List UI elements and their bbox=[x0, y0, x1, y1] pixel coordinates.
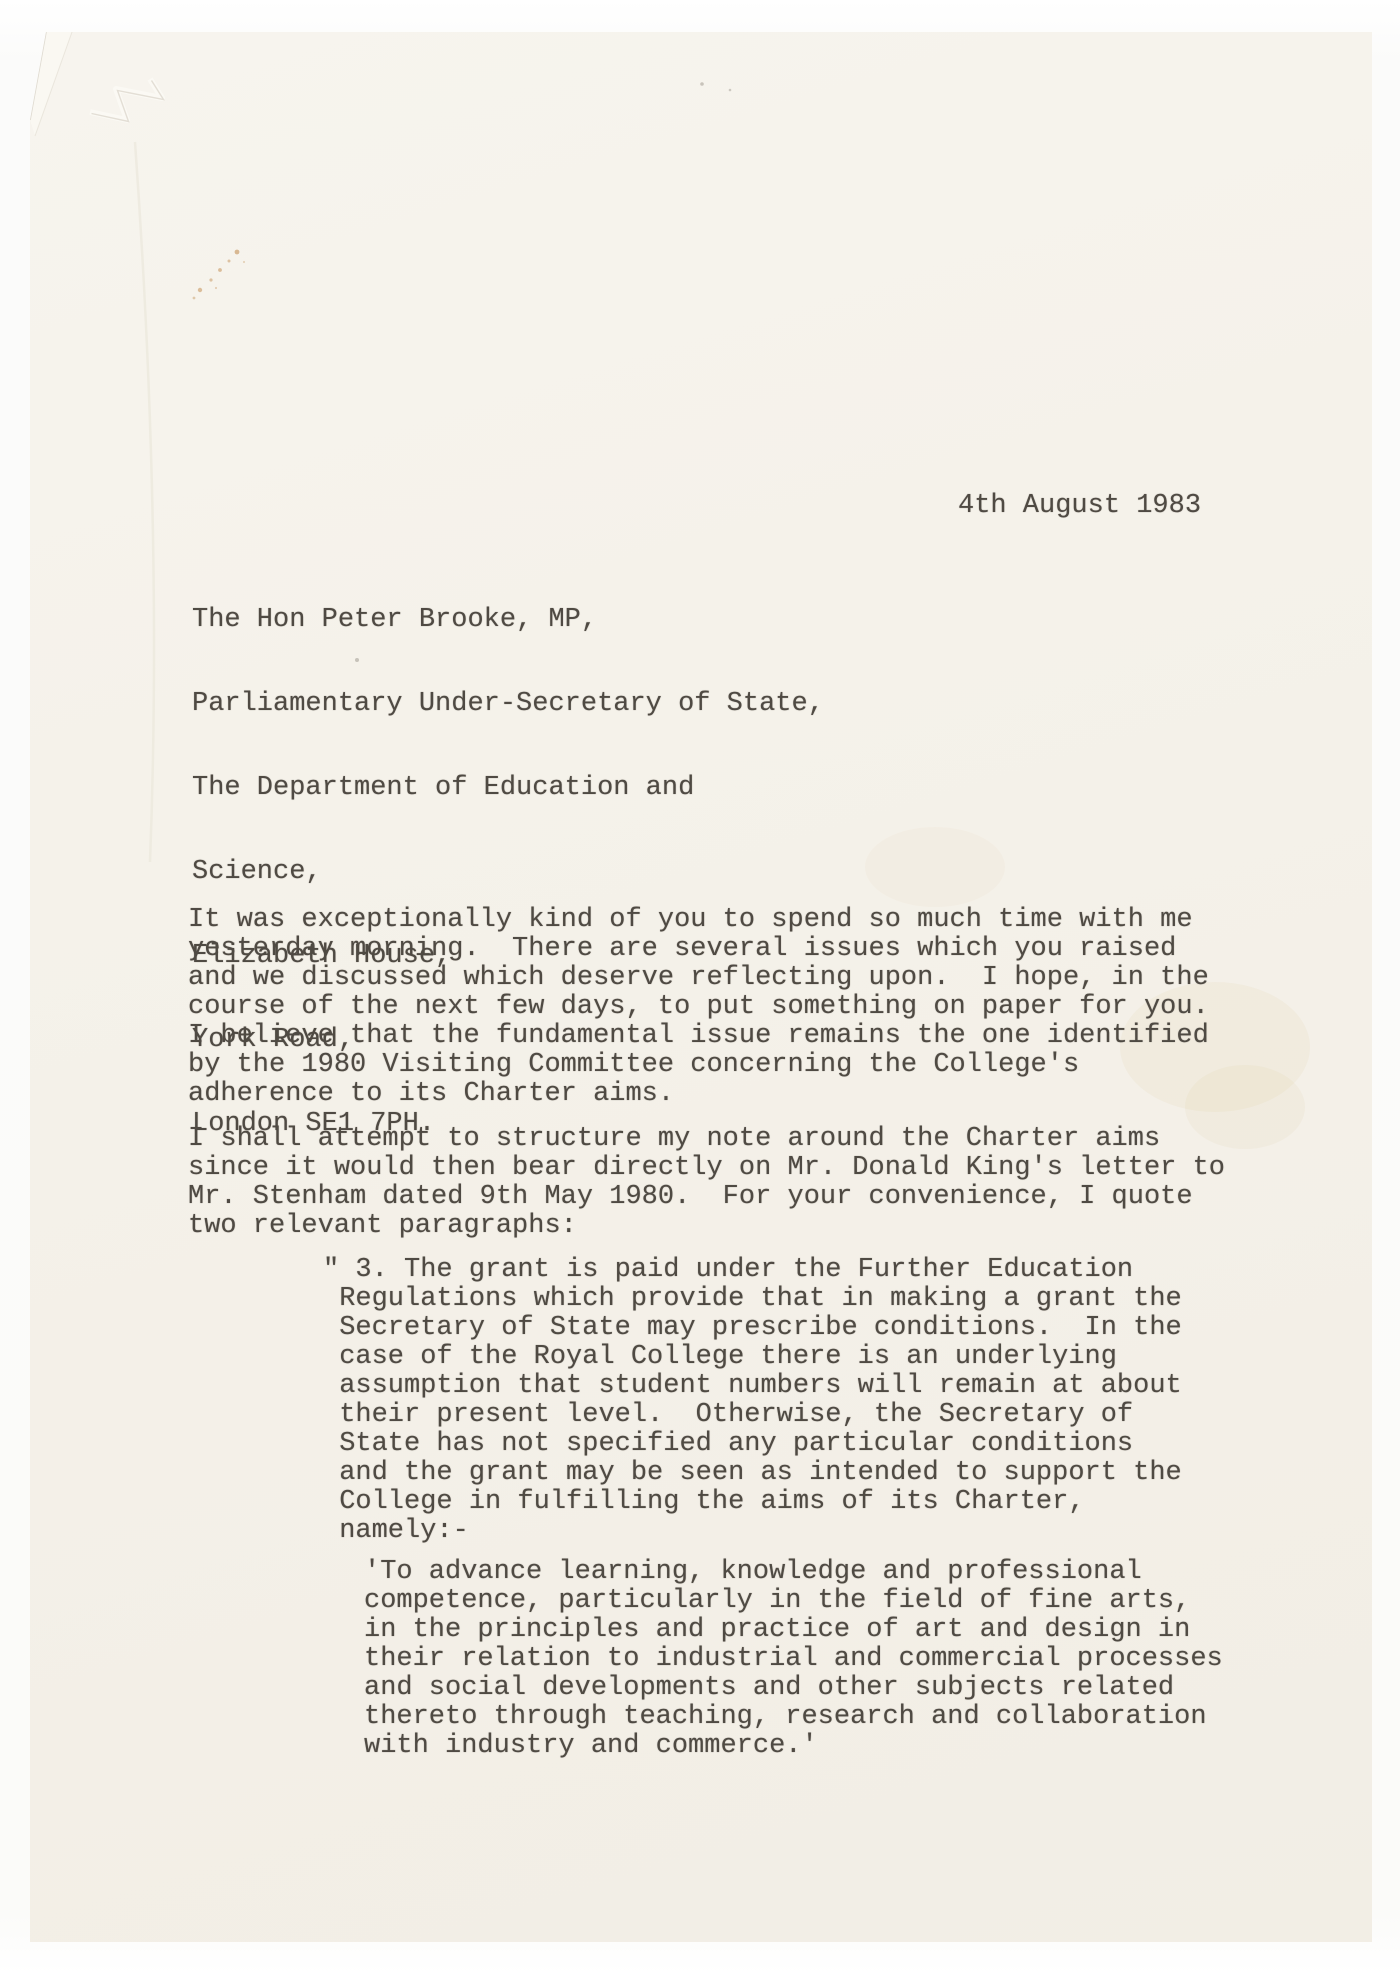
rust-specks bbox=[193, 250, 245, 300]
quoted-charter-aim: 'To advance learning, knowledge and prof… bbox=[364, 1558, 1223, 1761]
fold-mark bbox=[90, 79, 164, 122]
address-line: Science, bbox=[192, 858, 824, 886]
paragraph-opening: It was exceptionally kind of you to spen… bbox=[188, 906, 1209, 1109]
address-line: Parliamentary Under-Secretary of State, bbox=[192, 690, 824, 718]
quoted-paragraph-3: " 3. The grant is paid under the Further… bbox=[323, 1256, 1182, 1546]
corner-fold-crease bbox=[30, 32, 72, 136]
vertical-crease bbox=[135, 142, 154, 862]
letter-date: 4th August 1983 bbox=[958, 492, 1201, 521]
address-line: The Department of Education and bbox=[192, 774, 824, 802]
letter-page: 4th August 1983 The Hon Peter Brooke, MP… bbox=[30, 32, 1372, 1942]
scan-background: 4th August 1983 The Hon Peter Brooke, MP… bbox=[0, 0, 1400, 1974]
paragraph-structure-note: I shall attempt to structure my note aro… bbox=[188, 1125, 1225, 1241]
address-line: The Hon Peter Brooke, MP, bbox=[192, 606, 824, 634]
